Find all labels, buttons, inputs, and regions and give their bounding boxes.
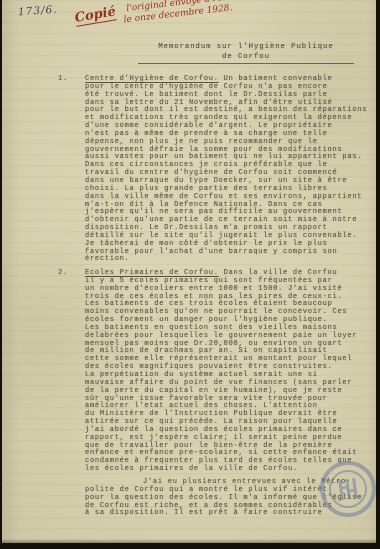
section-2-text: Dans la ville de Corfou il y a 5 écoles … (85, 269, 357, 473)
section-1-text: Un batiment convenable pour le centre d'… (85, 75, 367, 263)
paper-sheet: 173/6. Copié l'original envoyé à M. Papp… (2, 0, 376, 543)
section-2-body: Ecoles Primaires de Corfou. Dans la vill… (85, 270, 377, 474)
section-1-heading: Centre d'Hygiène de Corfou. (85, 75, 219, 83)
section-1: 1. Centre d'Hygiène de Corfou. Un batime… (58, 76, 378, 264)
section-1-body: Centre d'Hygiène de Corfou. Un batiment … (85, 76, 377, 264)
paper-bottom-shadow (2, 539, 376, 543)
copy-note-lines: l'original envoyé à M. Pappas le onze de… (120, 0, 263, 36)
section-2-number: 2. (58, 270, 85, 474)
title-line1: Memorandum sur l'Hygiène Publique (158, 43, 333, 51)
scanned-document-page: 173/6. Copié l'original envoyé à M. Papp… (0, 0, 380, 549)
section-2: 2. Ecoles Primaires de Corfou. Dans la v… (58, 270, 378, 474)
copy-note-underline-flourish (126, 25, 127, 35)
section-2-heading: Ecoles Primaires de Corfou. (85, 269, 219, 277)
archive-file-number: 173/6. (18, 4, 58, 19)
section-1-number: 1. (58, 76, 85, 264)
copy-note-word: Copié (74, 4, 117, 27)
handwritten-copy-note: Copié l'original envoyé à M. Pappas le o… (74, 0, 263, 41)
title-line2: de Corfou (138, 53, 354, 65)
document-title: Memorandum sur l'Hygiène Publique de Cor… (138, 43, 354, 64)
round-ink-stamp-icon (316, 453, 380, 527)
